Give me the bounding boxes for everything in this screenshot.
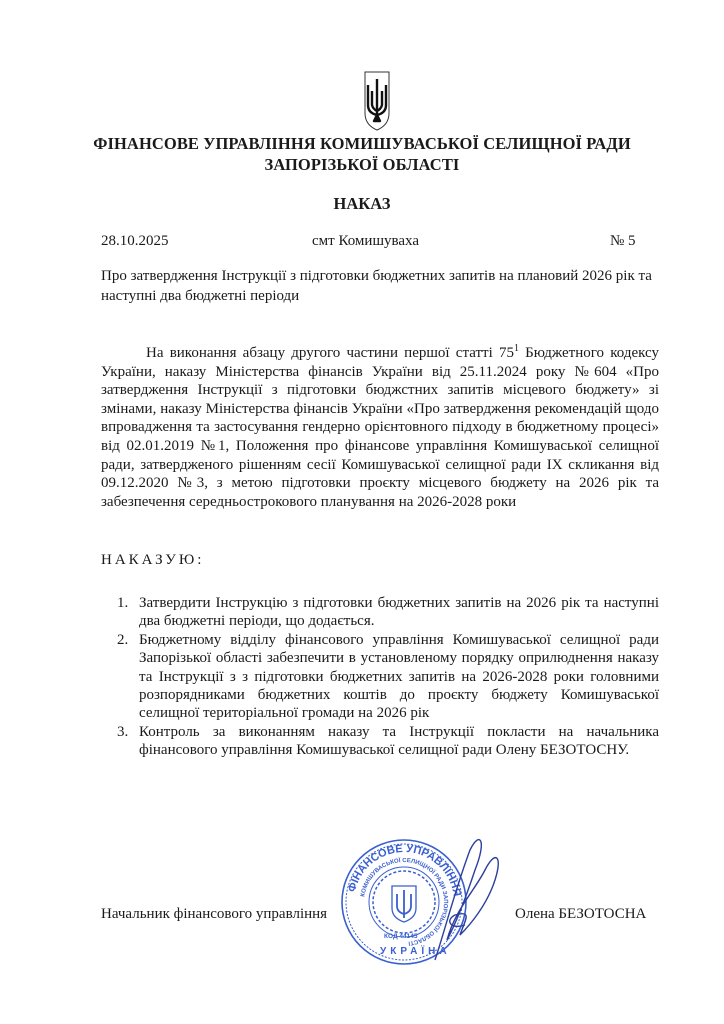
preamble-paragraph: На виконання абзацу другого частини перш… [101, 340, 659, 511]
order-item: 2.Бюджетному відділу фінансового управлі… [117, 631, 659, 723]
organization-name-line1: ФІНАНСОВЕ УПРАВЛІННЯ КОМИШУВАСЬКОЇ СЕЛИЩ… [0, 134, 724, 154]
order-item-number: 1. [117, 594, 128, 612]
ukraine-trident-icon [364, 71, 390, 131]
order-item-number: 2. [117, 631, 128, 649]
order-item: 3.Контроль за виконанням наказу та Інстр… [117, 723, 659, 760]
document-type-title: НАКАЗ [0, 194, 724, 214]
order-item-text: Контроль за виконанням наказу та Інструк… [139, 724, 659, 758]
document-date: 28.10.2025 [101, 233, 169, 250]
order-item-text: Затвердити Інструкцію з підготовки бюдже… [139, 595, 659, 629]
preamble-part1: На виконання абзацу другого частини перш… [146, 345, 514, 361]
handwritten-signature [425, 830, 505, 970]
signatory-position: Начальник фінансового управління [101, 906, 327, 923]
document-subject: Про затвердження Інструкції з підготовки… [101, 266, 661, 306]
order-item-text: Бюджетному відділу фінансового управлінн… [139, 632, 659, 722]
order-item-number: 3. [117, 723, 128, 741]
svg-text:КОД 44145: КОД 44145 [384, 933, 418, 940]
document-number: № 5 [610, 233, 636, 250]
signatory-name: Олена БЕЗОТОСНА [515, 906, 646, 923]
preamble-part2: Бюджетного кодексу України, наказу Мініс… [101, 345, 659, 510]
organization-name-line2: ЗАПОРІЗЬКОЇ ОБЛАСТІ [0, 155, 724, 175]
document-place: смт Комишуваха [312, 233, 419, 250]
order-items-list: 1.Затвердити Інструкцію з підготовки бюд… [117, 594, 659, 760]
order-word: НАКАЗУЮ: [101, 552, 204, 569]
order-item: 1.Затвердити Інструкцію з підготовки бюд… [117, 594, 659, 631]
